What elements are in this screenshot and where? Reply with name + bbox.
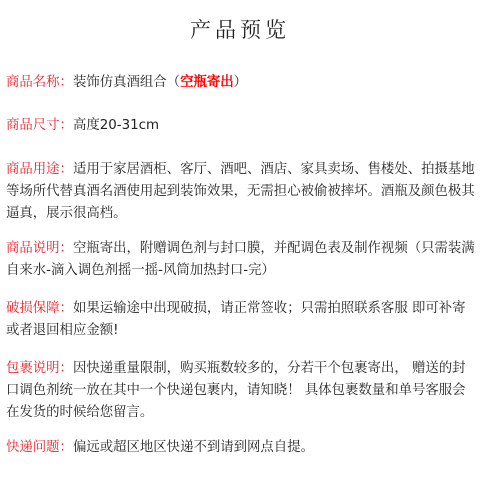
section-text: 高度20-31cm bbox=[73, 118, 159, 133]
section-product-size: 商品尺寸：高度20-31cm bbox=[6, 115, 476, 137]
section-text: 空瓶寄出，附赠调色剂与封口膜，并配调色表及制作视频（只需装满自来水-滴入调色剂摇… bbox=[6, 241, 475, 278]
section-product-usage: 商品用途：适用于家居酒柜、客厅、酒吧、酒店、家具卖场、售楼处、拍摄基地等场所代替… bbox=[6, 159, 476, 225]
section-text: 偏远或超区地区快递不到请到网点自提。 bbox=[73, 440, 314, 455]
section-label: 商品名称： bbox=[6, 75, 73, 90]
page-title: 产品预览 bbox=[0, 14, 480, 44]
empty-bottle-highlight: 空瓶寄出 bbox=[180, 75, 234, 90]
section-label: 包裹说明： bbox=[6, 361, 73, 376]
section-text: 适用于家居酒柜、客厅、酒吧、酒店、家具卖场、售楼处、拍摄基地等场所代替真酒名酒使… bbox=[6, 162, 475, 221]
section-label: 快递问题： bbox=[6, 440, 73, 455]
section-package-description: 包裹说明：因快递重量限制，购买瓶数较多的，分若干个包裹寄出， 赠送的封口调色剂统… bbox=[6, 358, 476, 424]
section-label: 商品用途： bbox=[6, 162, 73, 177]
section-product-name: 商品名称：装饰仿真酒组合（空瓶寄出） bbox=[6, 72, 476, 94]
section-product-description: 商品说明：空瓶寄出，附赠调色剂与封口膜，并配调色表及制作视频（只需装满自来水-滴… bbox=[6, 238, 476, 282]
section-text: 因快递重量限制，购买瓶数较多的，分若干个包裹寄出， 赠送的封口调色剂统一放在其中… bbox=[6, 361, 466, 420]
section-text: 如果运输途中出现破损，请正常签收；只需拍照联系客服 即可补寄或者退回相应金额! bbox=[6, 301, 466, 338]
section-damage-guarantee: 破损保障：如果运输途中出现破损，请正常签收；只需拍照联系客服 即可补寄或者退回相… bbox=[6, 298, 476, 342]
section-label: 破损保障： bbox=[6, 301, 73, 316]
section-label: 商品尺寸： bbox=[6, 118, 73, 133]
section-text: 装饰仿真酒组合（ bbox=[73, 75, 180, 90]
section-text-after: ） bbox=[234, 75, 247, 90]
section-label: 商品说明： bbox=[6, 241, 73, 256]
section-delivery-issues: 快递问题：偏远或超区地区快递不到请到网点自提。 bbox=[6, 437, 476, 459]
